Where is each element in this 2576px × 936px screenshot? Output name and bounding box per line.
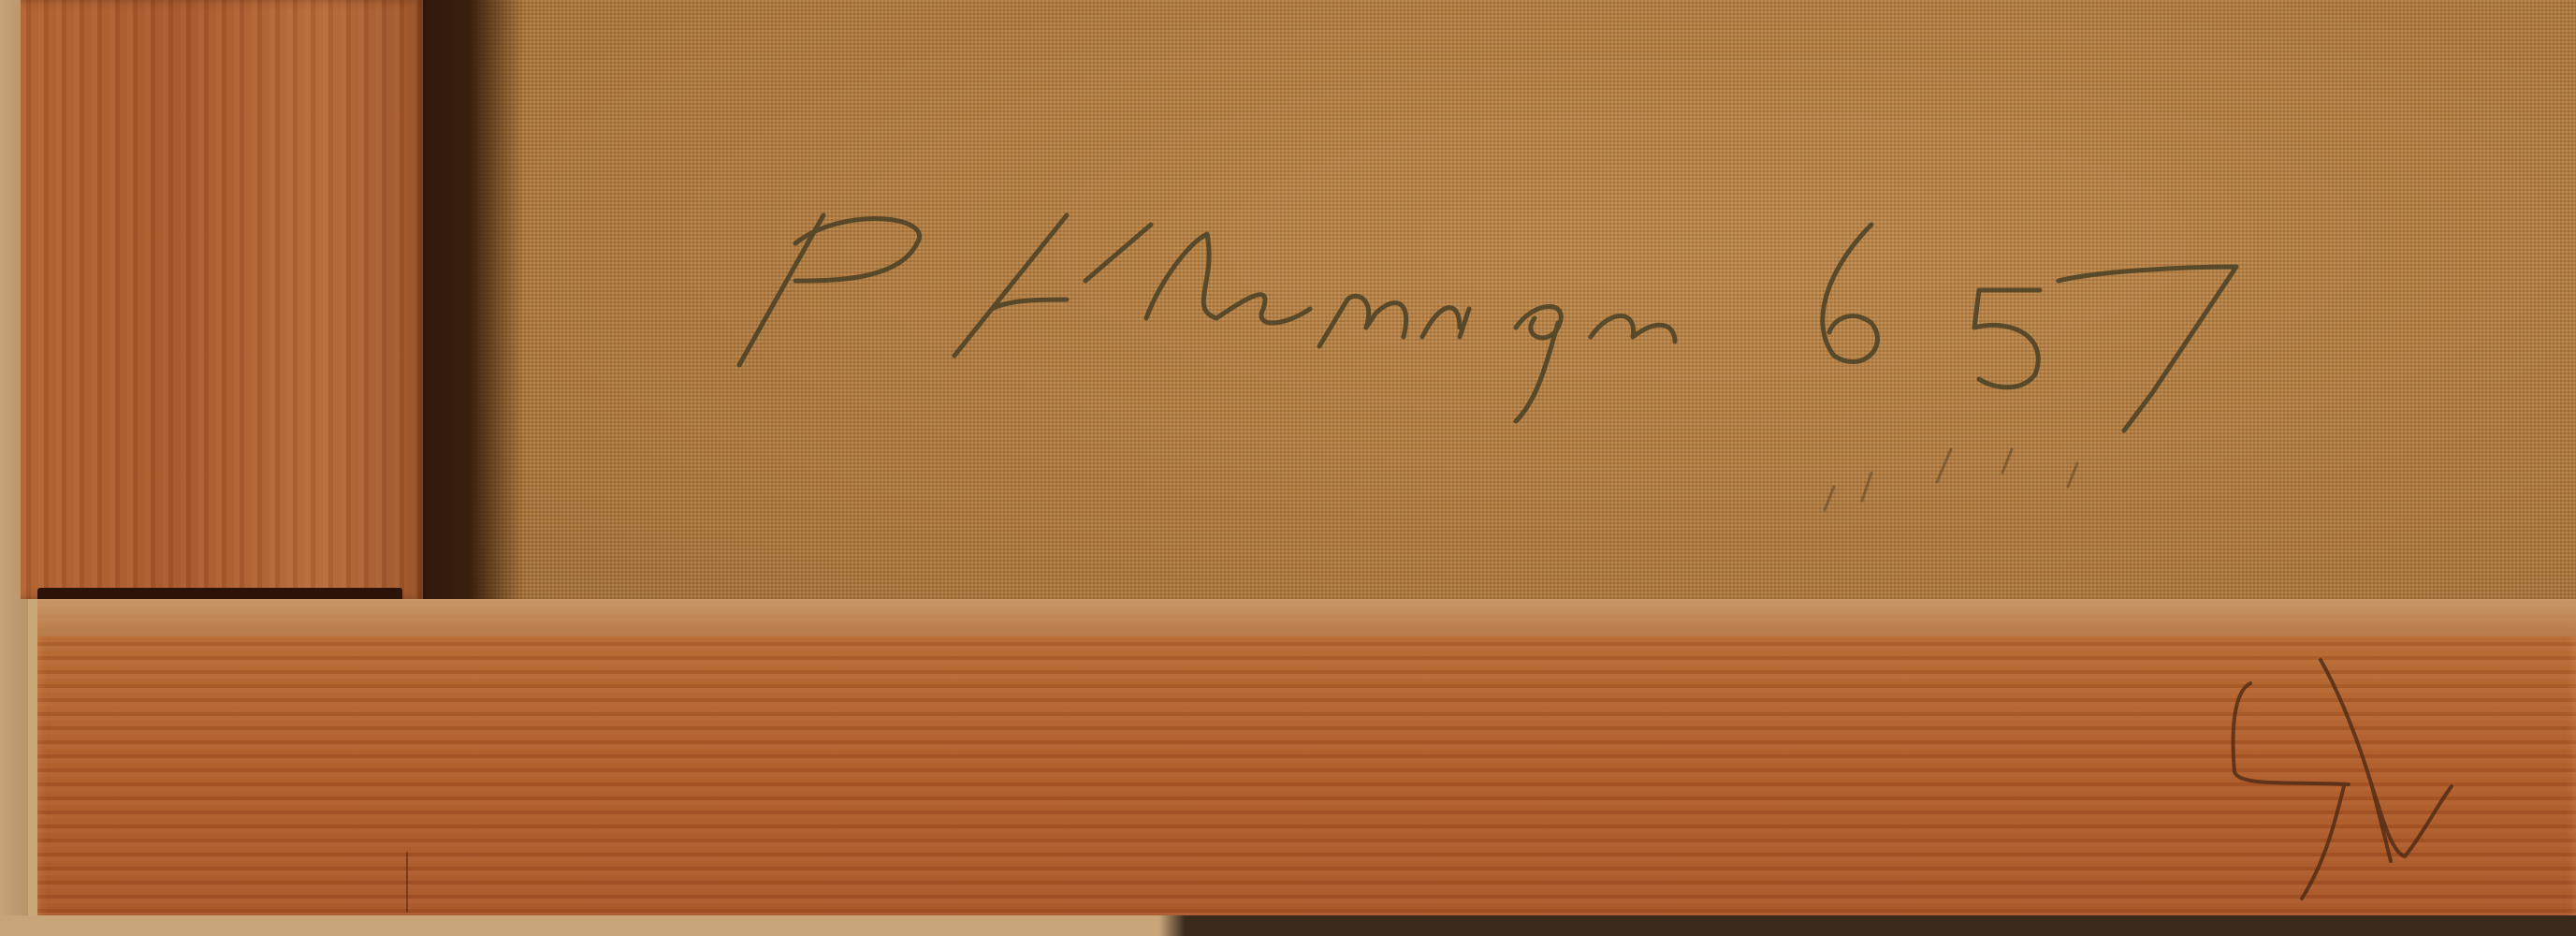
stretcher-bevel [37,599,2576,636]
vertical-stretcher-bar [21,0,423,599]
canvas-back-photo: P. Flemming 6 57 GN [0,0,2576,936]
horizontal-stretcher-bar [37,599,2576,917]
linen-canvas [402,0,2576,608]
floor-strip [0,915,2576,936]
